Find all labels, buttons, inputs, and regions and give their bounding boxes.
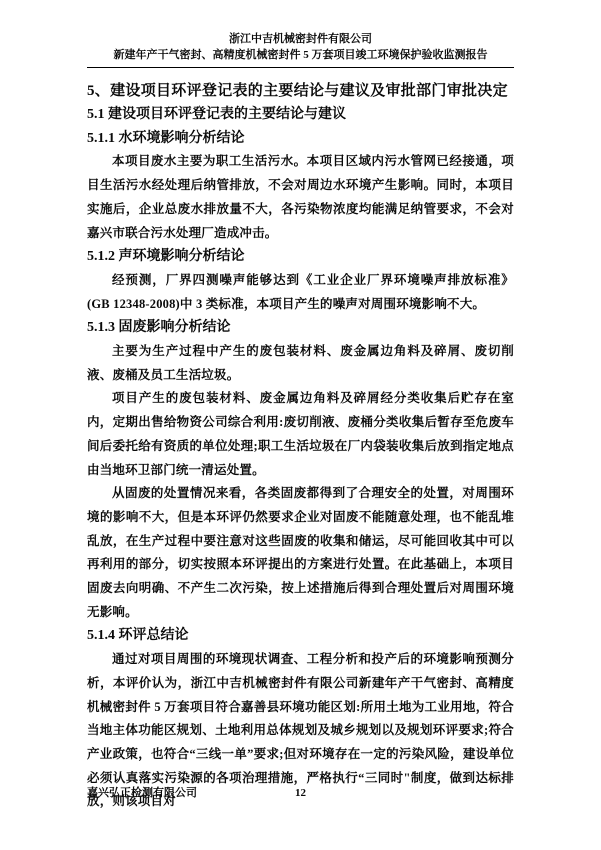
- subsection-heading-512: 5.1.2 声环境影响分析结论: [87, 245, 514, 269]
- section-heading: 5.1 建设项目环评登记表的主要结论与建议: [87, 103, 514, 127]
- subsection-heading-514: 5.1.4 环评总结论: [87, 624, 514, 648]
- paragraph: 经预测，厂界四测噪声能够达到《工业企业厂界环境噪声排放标准》(GB 12348-…: [87, 269, 514, 316]
- page-header: 浙江中吉机械密封件有限公司 新建年产干气密封、高精度机械密封件 5 万套项目竣工…: [87, 31, 514, 68]
- header-rule: [87, 67, 514, 68]
- page-number: 12: [0, 786, 601, 800]
- paragraph: 项目产生的废包装材料、废金属边角料及碎屑经分类收集后贮存在室内，定期出售给物资公…: [87, 387, 514, 482]
- page-footer: 嘉兴弘正检测有限公司 12: [0, 786, 601, 802]
- subsection-heading-511: 5.1.1 水环境影响分析结论: [87, 127, 514, 151]
- header-report-title-line: 新建年产干气密封、高精度机械密封件 5 万套项目竣工环境保护验收监测报告: [87, 47, 514, 63]
- chapter-heading: 5、建设项目环评登记表的主要结论与建议及审批部门审批决定: [87, 79, 514, 103]
- document-page: 浙江中吉机械密封件有限公司 新建年产干气密封、高精度机械密封件 5 万套项目竣工…: [0, 0, 601, 850]
- paragraph: 本项目废水主要为职工生活污水。本项目区域内污水管网已经接通，项目生活污水经处理后…: [87, 150, 514, 245]
- header-company-line: 浙江中吉机械密封件有限公司: [87, 31, 514, 47]
- document-body: 5、建设项目环评登记表的主要结论与建议及审批部门审批决定 5.1 建设项目环评登…: [87, 79, 514, 814]
- paragraph: 从固废的处置情况来看，各类固废都得到了合理安全的处置，对周围环境的影响不大，但是…: [87, 482, 514, 624]
- paragraph: 主要为生产过程中产生的废包装材料、废金属边角料及碎屑、废切削液、废桶及员工生活垃…: [87, 340, 514, 387]
- subsection-heading-513: 5.1.3 固废影响分析结论: [87, 316, 514, 340]
